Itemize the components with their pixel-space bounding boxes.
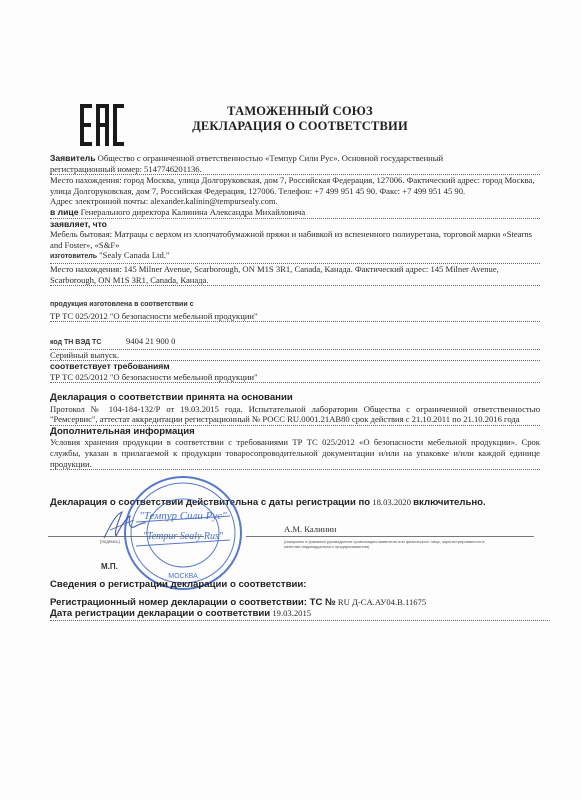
declares-label: заявляет, что [50,219,540,230]
registration-heading: Сведения о регистрации декларации о соот… [50,580,550,591]
stamp-text-en: "Tempur Sealy Rus" [143,531,224,542]
document-title: ТАМОЖЕННЫЙ СОЮЗ ДЕКЛАРАЦИЯ О СООТВЕТСТВИ… [130,104,470,134]
applicant-email: Адрес электронной почты: alexander.kalin… [50,196,540,207]
code-value: 9404 21 900 0 [126,336,175,346]
validity-date: 18.03.2020 [372,497,411,507]
title-line-2: ДЕКЛАРАЦИЯ О СООТВЕТСТВИИ [130,119,470,134]
basis-label: Декларация о соответствии принята на осн… [50,393,540,404]
registration-date: 19.03.2015 [272,608,311,618]
applicant-location: Место нахождения: город Москва, улица До… [50,175,540,196]
produced-standard: ТР ТС 025/2012 "О безопасности мебельной… [50,311,540,323]
stamp-text-ru: "Темпур Сили Рус" [139,510,227,522]
registration-section: Сведения о регистрации декларации о соот… [50,580,550,621]
produced-section: продукция изготовлена в соответствии с Т… [50,300,540,322]
additional-text: Условия хранения продукции в соответстви… [50,437,540,470]
conforms-label: соответствует требованиям [50,361,540,372]
declaration-page: ТАМОЖЕННЫЙ СОЮЗ ДЕКЛАРАЦИЯ О СООТВЕТСТВИ… [0,0,581,800]
title-line-1: ТАМОЖЕННЫЙ СОЮЗ [130,104,470,119]
conforms-standard: ТР ТС 025/2012 "О безопасности мебельной… [50,372,540,384]
code-label: код ТН ВЭД ТС [50,338,126,349]
manufacturer-name: "Sealy Canada Ltd." [99,250,169,260]
series-text: Серийный выпуск. [50,350,540,362]
registration-date-label: Дата регистрации декларации о соответств… [50,608,270,619]
applicant-label: Заявитель [50,153,95,163]
validity-suffix: включительно. [413,497,486,508]
name-line [246,536,534,537]
basis-text: Протокол № 104-184-132/Р от 19.03.2015 г… [50,404,540,426]
registration-number-label: Регистрационный номер декларации о соотв… [50,597,336,608]
basis-section: Декларация о соответствии принята на осн… [50,393,540,470]
eac-logo-icon [78,100,126,148]
applicant-name: Общество с ограниченной ответственностью… [98,153,444,163]
signer-caption: (инициалы и фамилия руководителя организ… [284,539,494,549]
applicant-section: Заявитель Общество с ограниченной ответс… [50,153,540,286]
person-label: в лице [50,207,78,217]
additional-label: Дополнительная информация [50,427,540,438]
seal-label: М.П. [101,562,118,571]
registration-number: RU Д-CA.АУ04.В.11675 [338,597,426,607]
company-stamp-icon: "Темпур Сили Рус" "Tempur Sealy Rus" МОС… [122,474,244,592]
applicant-person: Генерального директора Калинина Александ… [81,207,306,217]
code-section: код ТН ВЭД ТС9404 21 900 0 Серийный выпу… [50,336,540,383]
applicant-reg-number: регистрационный номер: 5147746201136. [50,164,540,176]
manufacturer-label: изготовитель [50,253,97,260]
product-description: Мебель бытовая: Матрацы с верхом из хлоп… [50,229,540,250]
signer-name: А.М. Калинин [284,524,337,534]
manufacturer-location: Место нахождения: 145 Milner Avenue, Sca… [50,264,540,286]
produced-label: продукция изготовлена в соответствии с [50,300,540,311]
